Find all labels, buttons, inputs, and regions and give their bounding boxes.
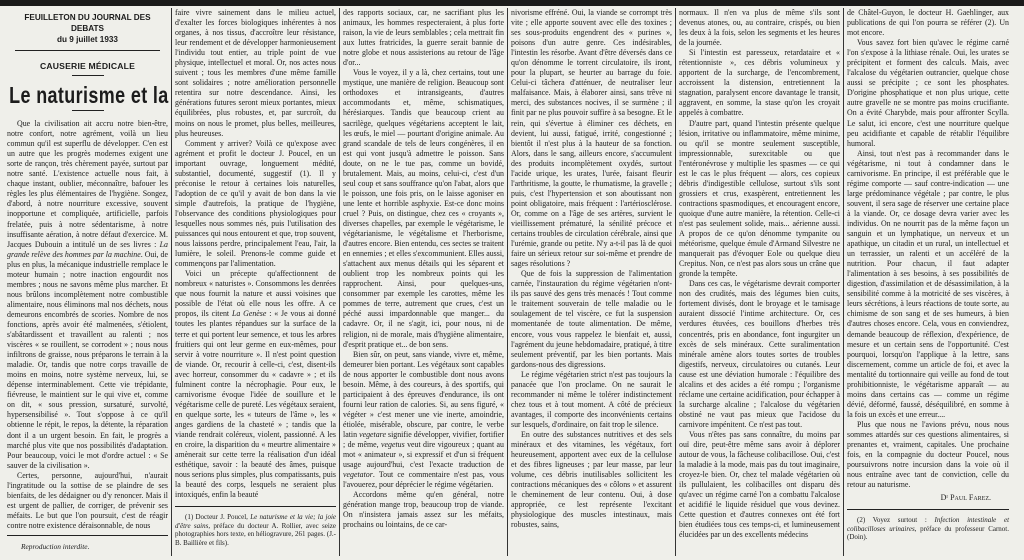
paragraph: Que la civilisation ait accru notre bien… — [7, 119, 168, 471]
paragraph: faire vivre sainement dans le milieu act… — [175, 8, 336, 139]
author-signature: Dʳ Paul Farez. — [847, 493, 1009, 503]
top-border-rule — [0, 0, 1024, 6]
paragraph: nivorisme effréné. Oui, la viande se cor… — [511, 8, 672, 269]
paragraph: de Châtel-Guyon, le docteur H. Gaehlinge… — [847, 8, 1009, 38]
paragraph: Dans ces cas, le végétarisme devrait com… — [679, 279, 840, 430]
column-1: FEUILLETON DU JOURNAL DES DEBATS du 9 ju… — [4, 8, 172, 556]
paragraph: En outre des substances nutritives et de… — [511, 430, 672, 530]
article-title: Le naturisme et la vie — [9, 82, 166, 108]
newspaper-page: FEUILLETON DU JOURNAL DES DEBATS du 9 ju… — [4, 8, 1020, 560]
paragraph: Vous n'êtes pas sans connaître, du moins… — [679, 430, 840, 541]
paragraph: Bien sûr, on peut, sans viande, vivre et… — [343, 350, 504, 491]
rubric-divider — [72, 75, 104, 76]
footer-divider — [7, 535, 168, 536]
column-2: faire vivre sainement dans le milieu act… — [172, 8, 340, 556]
heading-divider — [15, 50, 160, 51]
paragraph: Plus que nous ne l'avions prévu, nous no… — [847, 420, 1009, 490]
paragraph: Comment y arriver? Voilà ce qu'expose av… — [175, 139, 336, 270]
paragraph: Si l'intestin est paresseux, retardatair… — [679, 48, 840, 118]
paragraph: Le régime végétarien strict n'est pas to… — [511, 370, 672, 430]
reproduction-notice: Reproduction interdite. — [7, 542, 168, 552]
paragraph: Certes, personne, aujourd'hui, n'aurait … — [7, 471, 168, 531]
paragraph: D'autre part, quand l'intestin présente … — [679, 119, 840, 280]
column-3: des rapports sociaux, car, ne sacrifiant… — [340, 8, 508, 556]
footnote-1: (1) Docteur J. Poucel, Le naturisme et l… — [175, 513, 336, 547]
title-divider — [72, 110, 104, 111]
feuilleton-heading: FEUILLETON DU JOURNAL DES DEBATS — [7, 12, 168, 34]
paragraph: Accordons même qu'en général, notre géné… — [343, 490, 504, 530]
column-4: nivorisme effréné. Oui, la viande se cor… — [508, 8, 676, 556]
column-5: normaux. Il n'en va plus de même s'ils s… — [676, 8, 844, 556]
footnote-2: (2) Voyez surtout : Infection intestinal… — [847, 516, 1009, 542]
footnote-divider — [175, 506, 336, 507]
column-6: de Châtel-Guyon, le docteur H. Gaehlinge… — [844, 8, 1012, 556]
paragraph: des rapports sociaux, car, ne sacrifiant… — [343, 8, 504, 68]
footnote-divider — [847, 509, 1009, 510]
feuilleton-date: du 9 juillet 1933 — [7, 34, 168, 45]
paragraph: normaux. Il n'en va plus de même s'ils s… — [679, 8, 840, 48]
paragraph: Vous le voyez, il y a là, chez certains,… — [343, 68, 504, 349]
paragraph: Vous savez fort bien qu'avec le régime c… — [847, 38, 1009, 149]
paragraph: Que de fois la suppression de l'alimenta… — [511, 269, 672, 369]
paragraph: Ainsi, tout n'est pas à recommander dans… — [847, 149, 1009, 420]
rubric-label: CAUSERIE MÉDICALE — [7, 61, 168, 71]
paragraph: Voici un précepte qu'affectionnent de no… — [175, 269, 336, 500]
